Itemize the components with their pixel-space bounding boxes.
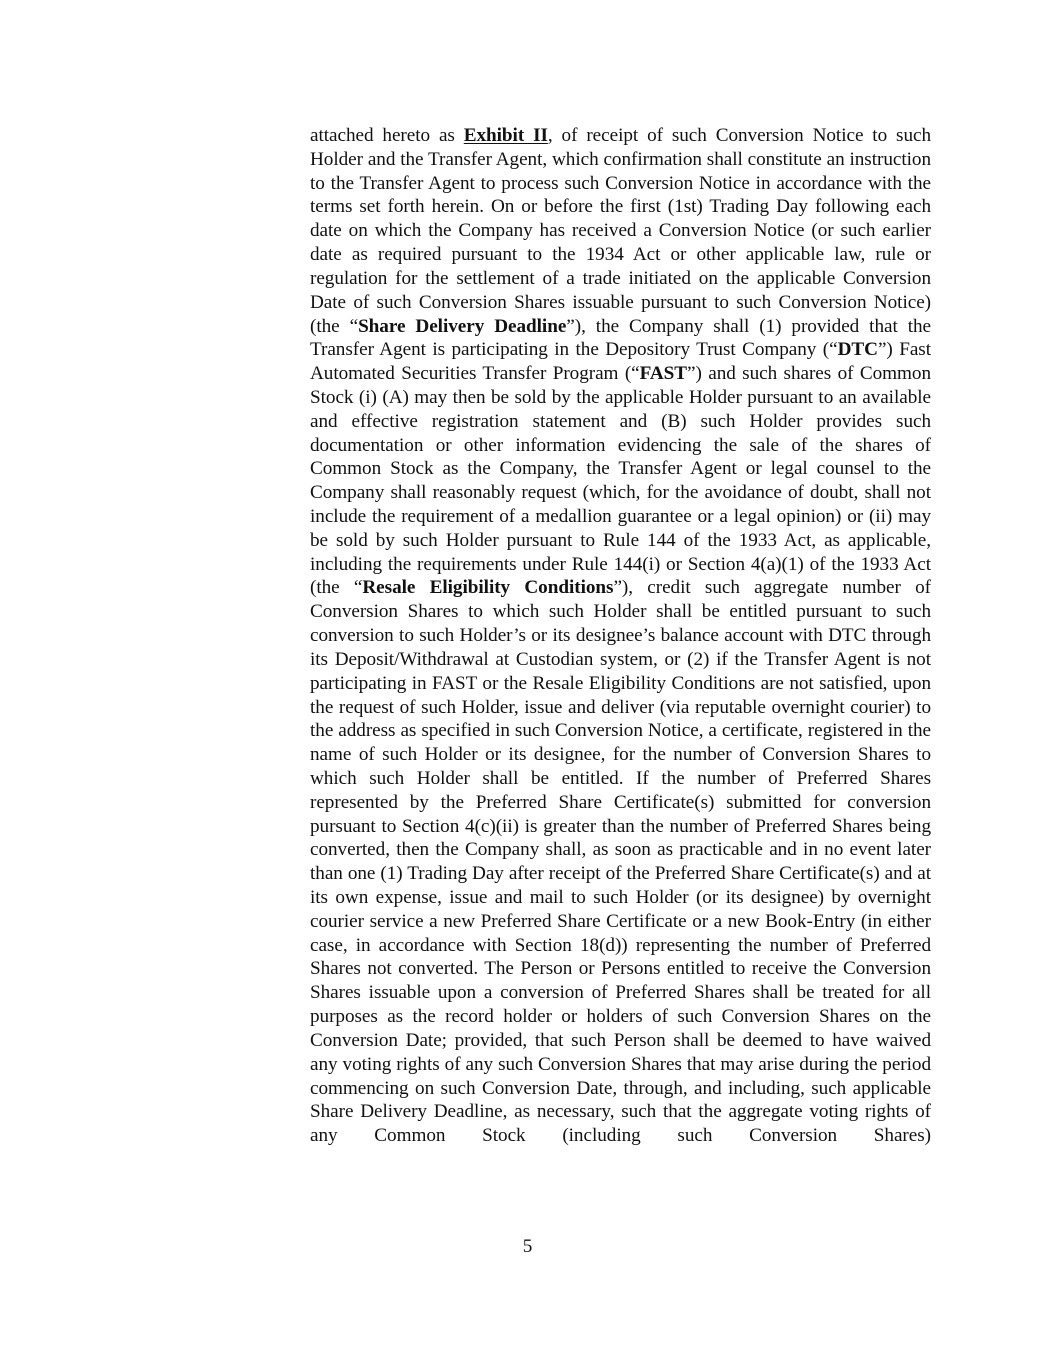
paragraph-text: ”), credit such aggregate number of Conv…	[310, 577, 931, 1146]
paragraph-text: attached hereto as	[310, 125, 464, 146]
paragraph-text: , of receipt of such Conversion Notice t…	[310, 125, 931, 337]
defined-term-fast: FAST	[640, 363, 687, 384]
page-number: 5	[0, 1235, 1055, 1259]
defined-term-resale-eligibility-conditions: Resale Eligibility Conditions	[362, 577, 613, 598]
exhibit-ii-reference: Exhibit II	[464, 125, 548, 146]
document-page: attached hereto as Exhibit II, of receip…	[0, 0, 1055, 1365]
defined-term-share-delivery-deadline: Share Delivery Deadline	[358, 316, 566, 337]
body-paragraph: attached hereto as Exhibit II, of receip…	[310, 124, 931, 1148]
paragraph-text: ”) and such shares of Common Stock (i) (…	[310, 363, 931, 598]
defined-term-dtc: DTC	[838, 339, 878, 360]
